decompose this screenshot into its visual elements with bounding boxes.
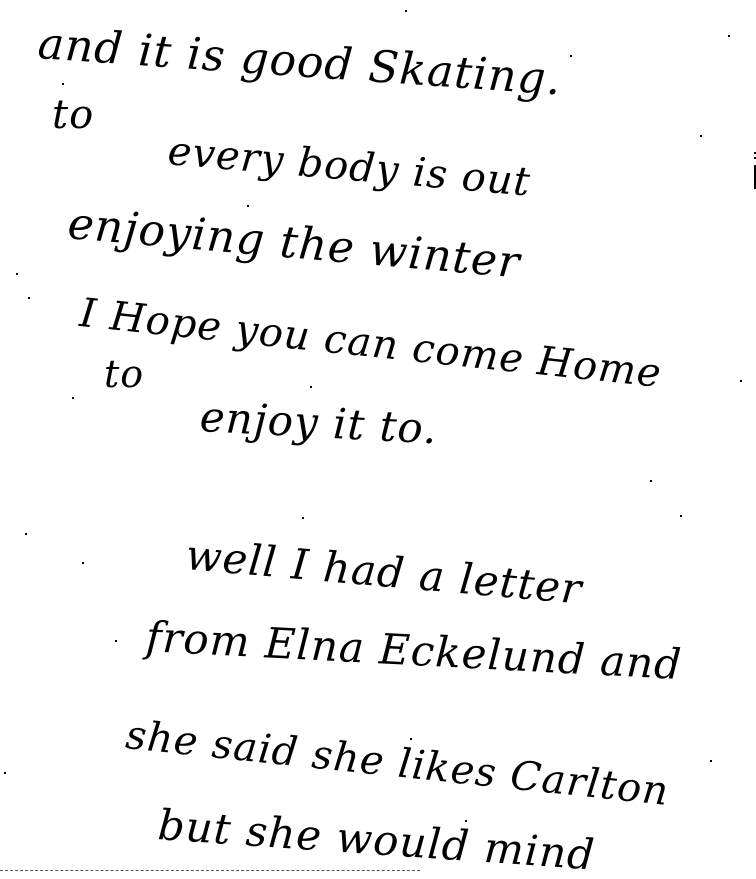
paper-fold-line <box>0 870 420 871</box>
handwritten-line-11: but she would mind <box>156 800 596 879</box>
scan-speck <box>680 515 682 517</box>
handwritten-line-5: I Hope you can come Home <box>78 290 664 397</box>
handwritten-line-3: every body is out <box>166 128 533 206</box>
scan-speck <box>728 35 730 37</box>
scan-speck <box>710 760 712 762</box>
handwritten-line-9: from Elna Eckelund and <box>145 612 684 689</box>
handwritten-line-10: she said she likes Carlton <box>124 712 672 815</box>
handwritten-line-7: enjoy it to. <box>199 392 439 453</box>
scan-speck <box>25 533 27 535</box>
scan-speck <box>302 517 304 519</box>
scan-speck <box>650 480 652 482</box>
scan-speck <box>62 83 64 85</box>
letter-page: and it is good Skating. to every body is… <box>0 0 756 879</box>
handwritten-line-8: well I had a letter <box>184 530 584 613</box>
handwritten-line-1: and it is good Skating. <box>36 18 563 105</box>
scan-speck <box>247 205 249 207</box>
scan-speck <box>570 55 572 57</box>
scan-speck <box>16 273 18 275</box>
scan-speck <box>410 738 412 740</box>
handwritten-line-4: enjoying the winter <box>66 198 523 288</box>
scan-speck <box>115 640 117 642</box>
scan-speck <box>700 135 702 137</box>
scan-speck <box>72 397 74 399</box>
scan-speck <box>740 380 742 382</box>
scan-speck <box>310 386 312 388</box>
handwritten-line-2: to <box>52 92 94 138</box>
scan-speck <box>28 297 30 299</box>
handwritten-line-6: to <box>104 352 144 396</box>
scan-speck <box>4 772 6 774</box>
scan-speck <box>465 820 467 822</box>
scan-speck <box>82 562 84 564</box>
scan-speck <box>405 10 407 12</box>
